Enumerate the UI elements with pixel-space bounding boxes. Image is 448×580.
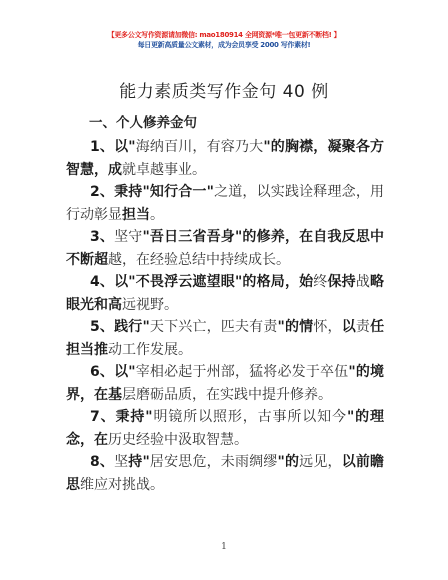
quote-item: 5、践行"天下兴亡，匹夫有责"的情怀，以责任担当推动工作发展。 bbox=[66, 316, 384, 361]
quote-text-bold: 秉持"知行合一" bbox=[114, 184, 214, 200]
quote-item: 6、以"宰相必起于州部，猛将必发于卒伍"的境界，在基层磨砺品质，在实践中提升修养… bbox=[66, 361, 384, 406]
quote-item: 3、坚守"吾日三省吾身"的修养，在自我反思中不断超越，在经验总结中持续成长。 bbox=[66, 226, 384, 271]
quote-text-regular: 维应对挑战。 bbox=[80, 477, 164, 493]
quote-number: 3、 bbox=[90, 229, 114, 245]
quote-item: 2、秉持"知行合一"之道，以实践诠释理念，用行动彰显担当。 bbox=[66, 181, 384, 226]
quote-text-bold: 以" bbox=[114, 139, 135, 155]
quote-text-regular: 远见， bbox=[299, 454, 342, 470]
quote-text-bold: 担当 bbox=[122, 207, 150, 223]
quote-text-regular: 海纳百川，有容乃大 bbox=[136, 139, 264, 155]
quote-text-regular: 动工作发展。 bbox=[108, 342, 192, 358]
quote-text-regular: 越，在经验总结中持续成长。 bbox=[108, 252, 290, 268]
quote-text-bold: "的 bbox=[278, 454, 300, 470]
quote-text-regular: 历史经验中汲取智慧。 bbox=[108, 432, 248, 448]
quote-text-regular: 。 bbox=[150, 207, 164, 223]
quote-text-bold: 保持 bbox=[327, 274, 355, 290]
quote-text-regular: 战 bbox=[356, 274, 370, 290]
document-page: 【更多公文写作资源请加微信: mao180914 全网资源*唯一包更新不断档! … bbox=[0, 0, 448, 580]
quote-number: 4、 bbox=[90, 274, 114, 290]
quote-text-bold: 以"不畏浮云遮望眼"的格局，始 bbox=[114, 274, 313, 290]
quote-item: 8、坚持"居安思危，未雨绸缪"的远见，以前瞻思维应对挑战。 bbox=[66, 451, 384, 496]
quote-text-regular: 终 bbox=[313, 274, 327, 290]
promo-banner-line-2: 每日更新高质量公文素材，成为会员享受 2000 写作素材! bbox=[0, 40, 448, 50]
quote-text-regular: 明镜所以照形，古事所以知今 bbox=[153, 409, 347, 425]
quote-text-bold: 持" bbox=[128, 454, 149, 470]
quote-text-bold: "的情 bbox=[278, 319, 314, 335]
quote-text-regular: 坚守 bbox=[114, 229, 142, 245]
page-number: 1 bbox=[0, 541, 448, 553]
quote-item: 7、秉持"明镜所以照形，古事所以知今"的理念，在历史经验中汲取智慧。 bbox=[66, 406, 384, 451]
quote-item: 1、以"海纳百川，有容乃大"的胸襟，凝聚各方智慧，成就卓越事业。 bbox=[66, 136, 384, 181]
quote-text-bold: 践行" bbox=[114, 319, 150, 335]
quote-text-regular: 责 bbox=[356, 319, 370, 335]
quote-list: 1、以"海纳百川，有容乃大"的胸襟，凝聚各方智慧，成就卓越事业。 2、秉持"知行… bbox=[66, 136, 384, 496]
document-title: 能力素质类写作金句 40 例 bbox=[0, 81, 448, 103]
quote-number: 2、 bbox=[90, 184, 114, 200]
quote-text-regular: 远视野。 bbox=[122, 297, 178, 313]
quote-number: 7、 bbox=[90, 409, 116, 425]
quote-text-bold: 秉持" bbox=[116, 409, 153, 425]
quote-number: 5、 bbox=[90, 319, 114, 335]
quote-item: 4、以"不畏浮云遮望眼"的格局，始终保持战略眼光和高远视野。 bbox=[66, 271, 384, 316]
quote-text-regular: 宰相必起于州部，猛将必发于卒伍 bbox=[136, 364, 349, 380]
quote-text-regular: 就卓越事业。 bbox=[122, 162, 206, 178]
promo-banner-line-1: 【更多公文写作资源请加微信: mao180914 全网资源*唯一包更新不断档! … bbox=[0, 30, 448, 40]
quote-text-regular: 怀， bbox=[313, 319, 341, 335]
quote-text-regular: 层磨砺品质，在实践中提升修养。 bbox=[122, 387, 332, 403]
quote-text-regular: 坚 bbox=[114, 454, 128, 470]
quote-text-bold: 以" bbox=[114, 364, 135, 380]
quote-text-regular: 天下兴亡，匹夫有责 bbox=[150, 319, 278, 335]
quote-number: 8、 bbox=[90, 454, 114, 470]
section-heading: 一、个人修养金句 bbox=[89, 113, 197, 133]
quote-number: 1、 bbox=[90, 139, 114, 155]
quote-text-bold: 以 bbox=[342, 319, 356, 335]
quote-number: 6、 bbox=[90, 364, 114, 380]
quote-text-regular: 居安思危，未雨绸缪 bbox=[150, 454, 278, 470]
